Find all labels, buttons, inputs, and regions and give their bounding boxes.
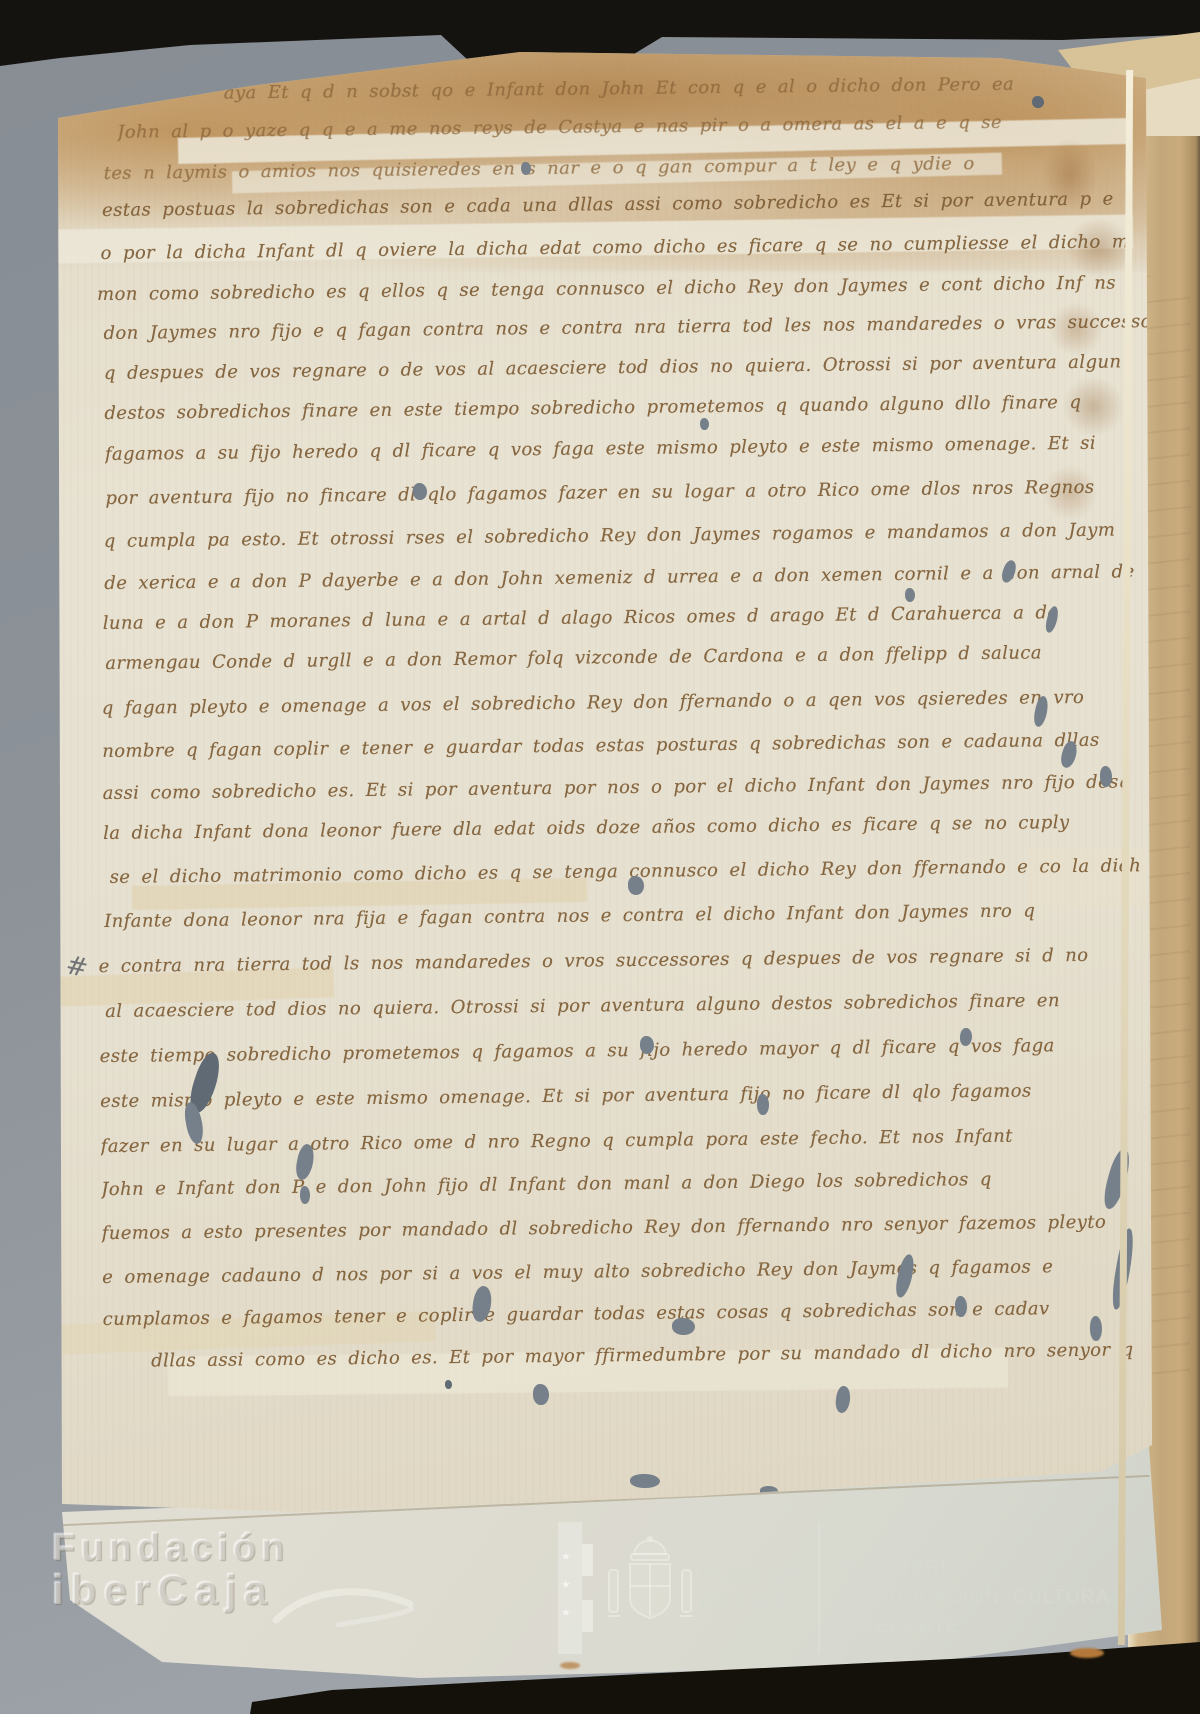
- spain-coat-of-arms-icon: [604, 1536, 696, 1645]
- torn-edge-stain: [1070, 1648, 1104, 1658]
- star-icon: ★: [561, 1578, 571, 1591]
- flag-bar-tab-top: [582, 1544, 593, 1576]
- government-flag-bar: ★ ★ ★: [558, 1522, 582, 1654]
- foundation-watermark: Fundación iberCaja: [52, 1528, 289, 1613]
- ministry-line1: MINISTERIO: [840, 1554, 1110, 1583]
- manuscript-page: aya Et q d n sobst qo e Infant don John …: [0, 0, 1200, 1714]
- government-line2: DE ESPAÑA: [700, 1589, 818, 1616]
- foundation-swoosh-icon: [268, 1578, 418, 1643]
- ministry-watermark-text: MINISTERIO DE EDUCACIÓN, CULTURA Y DEPOR…: [840, 1554, 1110, 1641]
- page-vignette: [0, 0, 1200, 1714]
- flag-bar-tab-bottom: [582, 1600, 593, 1632]
- star-icon: ★: [561, 1606, 571, 1619]
- government-watermark-text: GOBIERNO DE ESPAÑA: [700, 1562, 818, 1616]
- foundation-watermark-line2: iberCaja: [52, 1568, 289, 1613]
- government-line1: GOBIERNO: [700, 1562, 818, 1589]
- ministry-line2: DE EDUCACIÓN, CULTURA: [840, 1583, 1110, 1612]
- foundation-watermark-line1: Fundación: [52, 1528, 289, 1568]
- star-icon: ★: [561, 1550, 571, 1563]
- ministry-line3: Y DEPORTE: [840, 1612, 1110, 1641]
- photo-scene: aya Et q d n sobst qo e Infant don John …: [0, 0, 1200, 1714]
- torn-edge-stain: [560, 1662, 580, 1669]
- watermark-divider: [818, 1524, 820, 1654]
